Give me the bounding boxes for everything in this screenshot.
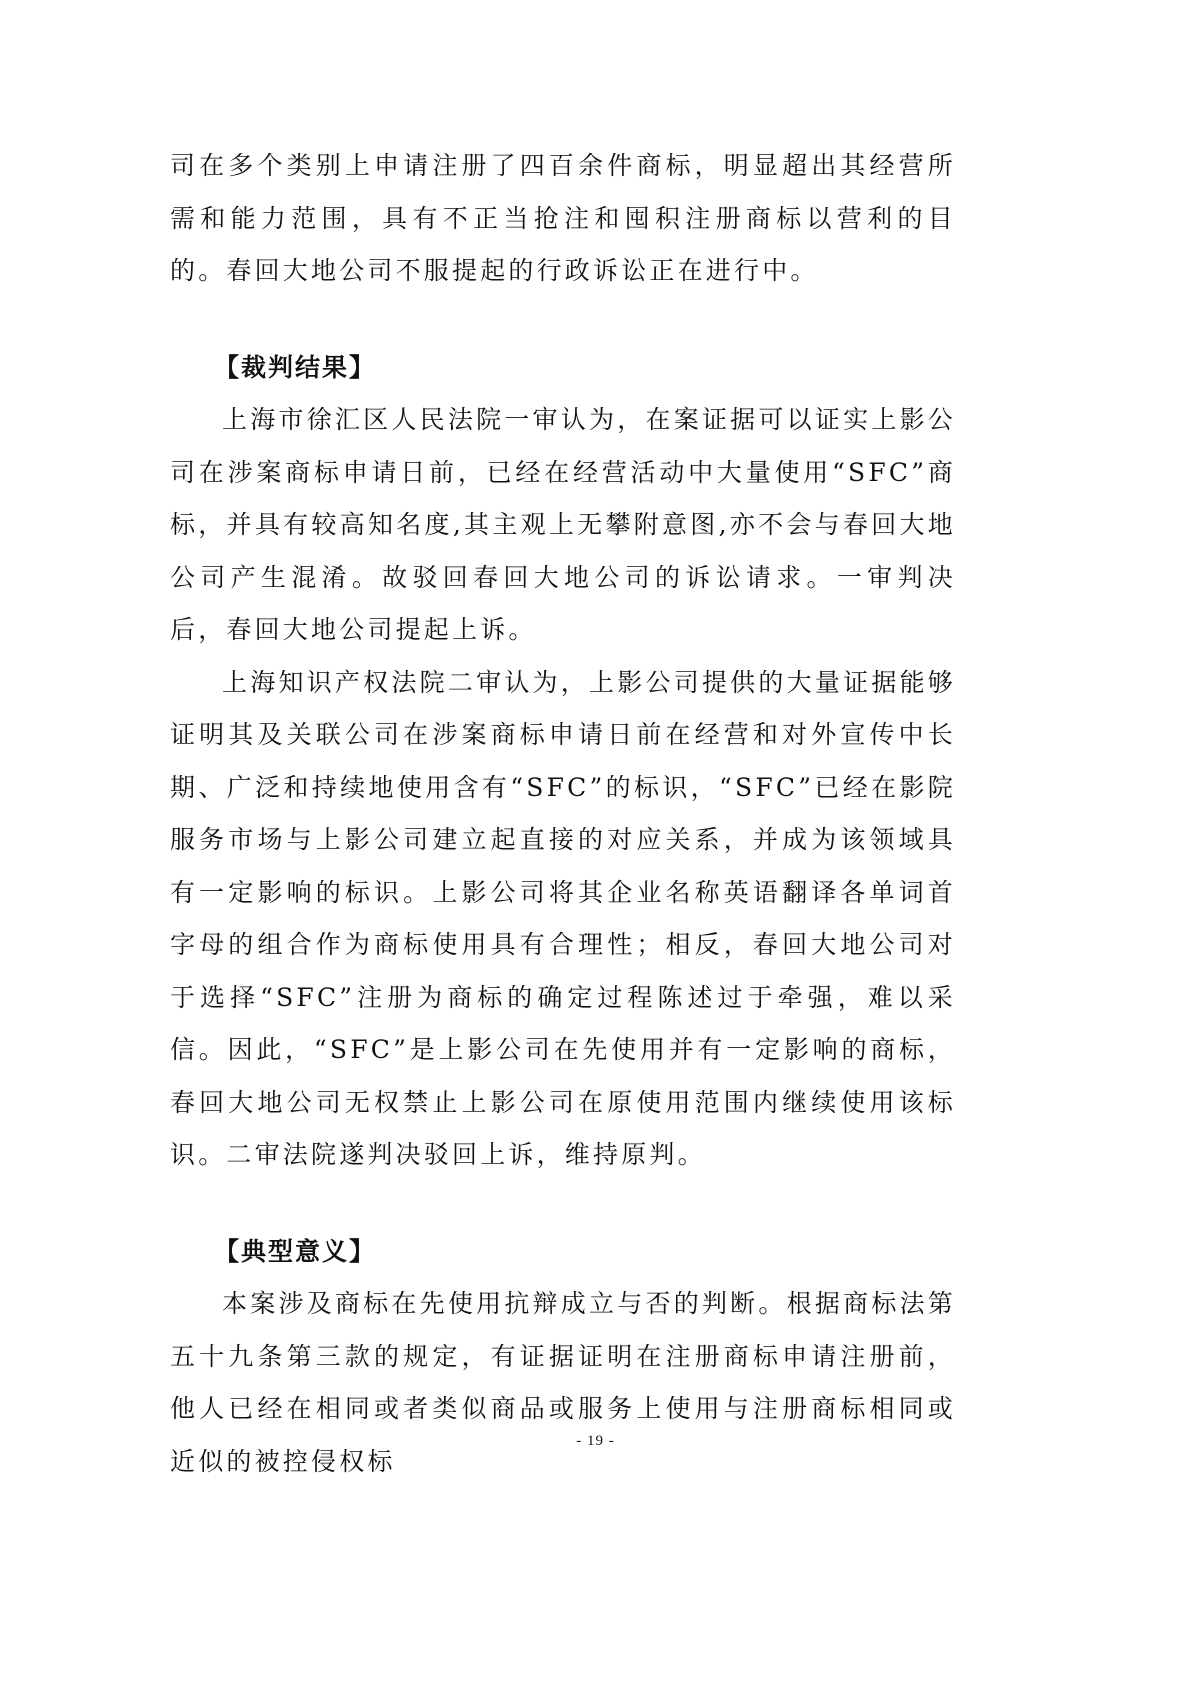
paragraph-first-instance: 上海市徐汇区人民法院一审认为，在案证据可以证实上影公司在涉案商标申请日前，已经在… [170, 394, 956, 657]
section-heading-judgment-result: 【裁判结果】 [170, 342, 956, 395]
page-number: - 19 - [0, 1433, 1191, 1450]
document-page: 司在多个类别上申请注册了四百余件商标，明显超出其经营所需和能力范围，具有不正当抢… [0, 0, 1191, 1684]
section-heading-typical-significance: 【典型意义】 [170, 1226, 956, 1279]
paragraph-continuation: 司在多个类别上申请注册了四百余件商标，明显超出其经营所需和能力范围，具有不正当抢… [170, 140, 956, 298]
paragraph-significance: 本案涉及商标在先使用抗辩成立与否的判断。根据商标法第五十九条第三款的规定，有证据… [170, 1278, 956, 1488]
page-content: 司在多个类别上申请注册了四百余件商标，明显超出其经营所需和能力范围，具有不正当抢… [170, 140, 956, 1488]
section-spacer [170, 298, 956, 342]
section-spacer [170, 1182, 956, 1226]
paragraph-second-instance: 上海知识产权法院二审认为，上影公司提供的大量证据能够证明其及关联公司在涉案商标申… [170, 657, 956, 1182]
